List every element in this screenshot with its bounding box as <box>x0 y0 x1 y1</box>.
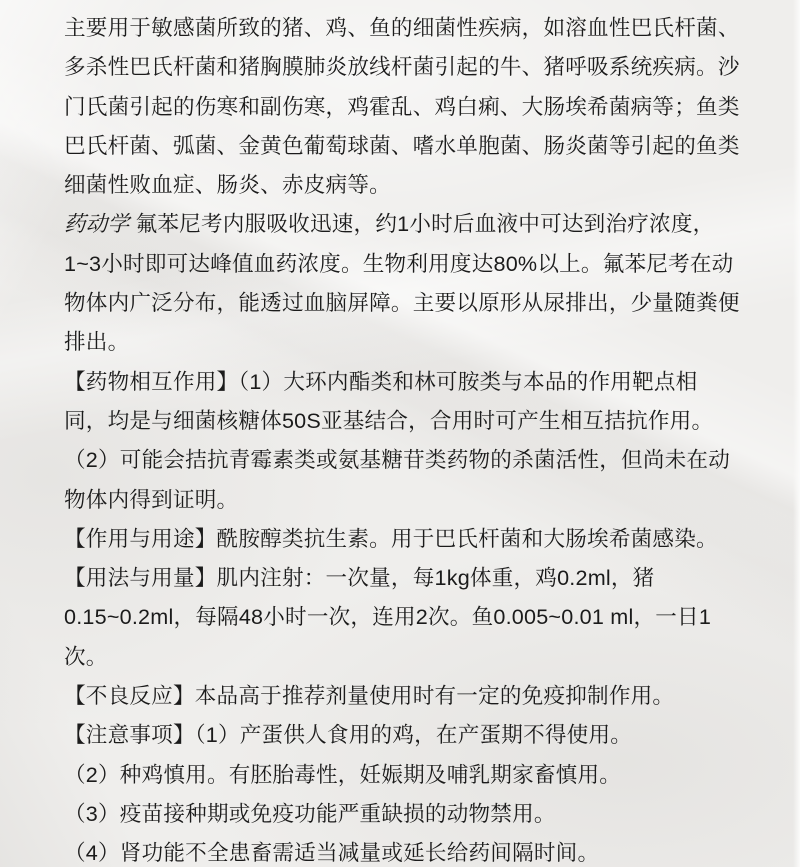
text-line: 同，均是与细菌核糖体50S亚基结合，合用时可产生相互拮抗作用。 <box>64 401 740 440</box>
text-line: （2）可能会拮抗青霉素类或氨基糖苷类药物的杀菌活性，但尚未在动 <box>64 440 740 479</box>
text-run: 主要用于敏感菌所致的猪、鸡、鱼的细菌性疾病，如溶血性巴氏杆菌、 <box>64 15 740 40</box>
text-line: 主要用于敏感菌所致的猪、鸡、鱼的细菌性疾病，如溶血性巴氏杆菌、 <box>64 8 740 47</box>
text-line: 1~3小时即可达峰值血药浓度。生物利用度达80%以上。氟苯尼考在动 <box>64 244 740 283</box>
text-line: 巴氏杆菌、弧菌、金黄色葡萄球菌、嗜水单胞菌、肠炎菌等引起的鱼类 <box>64 126 740 165</box>
text-run: 0.15~0.2ml，每隔48小时一次，连用2次。鱼0.005~0.01 ml，… <box>64 604 711 629</box>
section-heading-precautions: 【注意事项】（1）产蛋供人食用的鸡，在产蛋期不得使用。 <box>64 722 632 747</box>
text-run: 门氏菌引起的伤寒和副伤寒，鸡霍乱、鸡白痢、大肠埃希菌病等；鱼类 <box>64 94 740 119</box>
document-page: 主要用于敏感菌所致的猪、鸡、鱼的细菌性疾病，如溶血性巴氏杆菌、 多杀性巴氏杆菌和… <box>0 0 800 867</box>
section-heading-adverse-reactions: 【不良反应】本品高于推荐剂量使用时有一定的免疫抑制作用。 <box>64 683 674 708</box>
text-line: 【药物相互作用】（1）大环内酯类和林可胺类与本品的作用靶点相 <box>64 362 740 401</box>
section-heading-dosage: 【用法与用量】肌内注射：一次量，每1kg体重，鸡0.2ml，猪 <box>64 565 654 590</box>
text-line: 次。 <box>64 637 740 676</box>
text-run: 1~3小时即可达峰值血药浓度。生物利用度达80%以上。氟苯尼考在动 <box>64 251 733 276</box>
text-line: 排出。 <box>64 322 740 361</box>
text-run: 物体内广泛分布，能透过血脑屏障。主要以原形从尿排出，少量随粪便 <box>64 290 740 315</box>
text-run: 次。 <box>64 644 108 669</box>
text-run: 氟苯尼考内服吸收迅速，约1小时后血液中可达到治疗浓度， <box>129 211 714 236</box>
text-run: （3）疫苗接种期或免疫功能严重缺损的动物禁用。 <box>64 801 556 826</box>
text-run: （2）可能会拮抗青霉素类或氨基糖苷类药物的杀菌活性，但尚未在动 <box>64 447 730 472</box>
text-line: （2）种鸡慎用。有胚胎毒性，妊娠期及哺乳期家畜慎用。 <box>64 755 740 794</box>
text-line: 物体内广泛分布，能透过血脑屏障。主要以原形从尿排出，少量随粪便 <box>64 283 740 322</box>
text-run: 多杀性巴氏杆菌和猪胸膜肺炎放线杆菌引起的牛、猪呼吸系统疾病。沙 <box>64 54 740 79</box>
text-run: 同，均是与细菌核糖体50S亚基结合，合用时可产生相互拮抗作用。 <box>64 408 713 433</box>
document-text: 主要用于敏感菌所致的猪、鸡、鱼的细菌性疾病，如溶血性巴氏杆菌、 多杀性巴氏杆菌和… <box>64 8 740 867</box>
text-run: （2）种鸡慎用。有胚胎毒性，妊娠期及哺乳期家畜慎用。 <box>64 762 621 787</box>
text-run: 巴氏杆菌、弧菌、金黄色葡萄球菌、嗜水单胞菌、肠炎菌等引起的鱼类 <box>64 133 740 158</box>
section-heading-action-and-use: 【作用与用途】酰胺醇类抗生素。用于巴氏杆菌和大肠埃希菌感染。 <box>64 526 718 551</box>
pharmacokinetics-heading: 药动学 <box>64 211 129 236</box>
text-line: 门氏菌引起的伤寒和副伤寒，鸡霍乱、鸡白痢、大肠埃希菌病等；鱼类 <box>64 87 740 126</box>
text-line: 0.15~0.2ml，每隔48小时一次，连用2次。鱼0.005~0.01 ml，… <box>64 597 740 636</box>
text-line: 细菌性败血症、肠炎、赤皮病等。 <box>64 165 740 204</box>
text-run: （4）肾功能不全患畜需适当减量或延长给药间隔时间。 <box>64 840 599 865</box>
text-line: 物体内得到证明。 <box>64 480 740 519</box>
text-line: （3）疫苗接种期或免疫功能严重缺损的动物禁用。 <box>64 794 740 833</box>
text-line: 【作用与用途】酰胺醇类抗生素。用于巴氏杆菌和大肠埃希菌感染。 <box>64 519 740 558</box>
text-line: 药动学 氟苯尼考内服吸收迅速，约1小时后血液中可达到治疗浓度， <box>64 204 740 243</box>
text-line: 【用法与用量】肌内注射：一次量，每1kg体重，鸡0.2ml，猪 <box>64 558 740 597</box>
text-line: 【不良反应】本品高于推荐剂量使用时有一定的免疫抑制作用。 <box>64 676 740 715</box>
text-run: 细菌性败血症、肠炎、赤皮病等。 <box>64 172 391 197</box>
text-run: 物体内得到证明。 <box>64 487 238 512</box>
text-line: （4）肾功能不全患畜需适当减量或延长给药间隔时间。 <box>64 833 740 867</box>
text-line: 多杀性巴氏杆菌和猪胸膜肺炎放线杆菌引起的牛、猪呼吸系统疾病。沙 <box>64 47 740 86</box>
text-run: 排出。 <box>64 329 129 354</box>
text-line: 【注意事项】（1）产蛋供人食用的鸡，在产蛋期不得使用。 <box>64 715 740 754</box>
section-heading-drug-interactions: 【药物相互作用】（1）大环内酯类和林可胺类与本品的作用靶点相 <box>64 369 697 394</box>
